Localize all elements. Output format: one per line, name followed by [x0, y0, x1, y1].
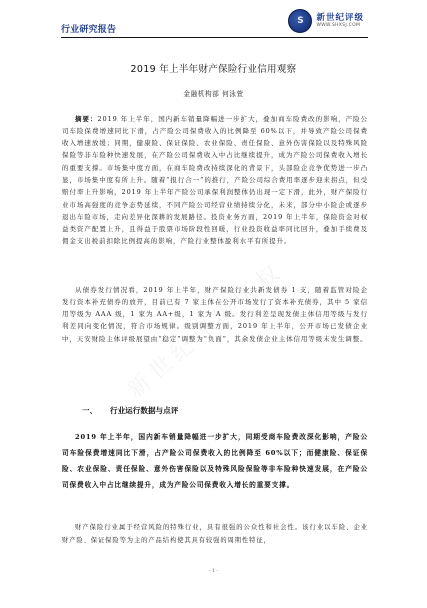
logo-badge-icon: S — [288, 9, 312, 33]
page-header: 行业研究报告 S 新世纪评级 WWW.SHXSJ.COM — [61, 8, 368, 38]
logo-name: 新世纪评级 — [316, 14, 364, 23]
abstract-label: 摘要： — [75, 115, 98, 123]
page-number: - 1 - — [0, 568, 427, 574]
abstract-text: 2019 年上半年，国内新车销量降幅进一步扩大，叠加商车险费改的影响，产险公司车… — [62, 115, 368, 246]
company-logo: S 新世纪评级 WWW.SHXSJ.COM — [288, 8, 364, 34]
abstract-paragraph: 摘要：2019 年上半年，国内新车销量降幅进一步扩大，叠加商车险费改的影响，产险… — [62, 113, 368, 248]
section-heading: 一、行业运行数据与点评 — [82, 405, 178, 416]
header-divider — [61, 37, 368, 38]
section-number: 一、 — [82, 405, 110, 416]
logo-text: 新世纪评级 WWW.SHXSJ.COM — [316, 14, 364, 29]
document-page: 行业研究报告 S 新世纪评级 WWW.SHXSJ.COM 2019 年上半年财产… — [0, 0, 427, 608]
section-summary-paragraph: 2019 年上半年，国内新车销量降幅进一步扩大，同期受商车险费改深化影响，产险公… — [62, 429, 368, 494]
document-title: 2019 年上半年财产保险行业信用观察 — [0, 61, 427, 75]
section-title: 行业运行数据与点评 — [110, 406, 178, 415]
document-author: 金融机构部 何泳萱 — [0, 88, 427, 98]
bond-issuance-paragraph: 从债券发行情况看，2019 年上半年，财产保险行业共新发债券 1 支，随着监管对… — [62, 284, 368, 345]
section-body-paragraph: 财产保险行业属于经营风险的特殊行业，具有很强的公众性和社会性。该行业以车险、企业… — [62, 522, 368, 547]
logo-url: WWW.SHXSJ.COM — [316, 24, 364, 29]
report-type-label: 行业研究报告 — [61, 22, 116, 35]
